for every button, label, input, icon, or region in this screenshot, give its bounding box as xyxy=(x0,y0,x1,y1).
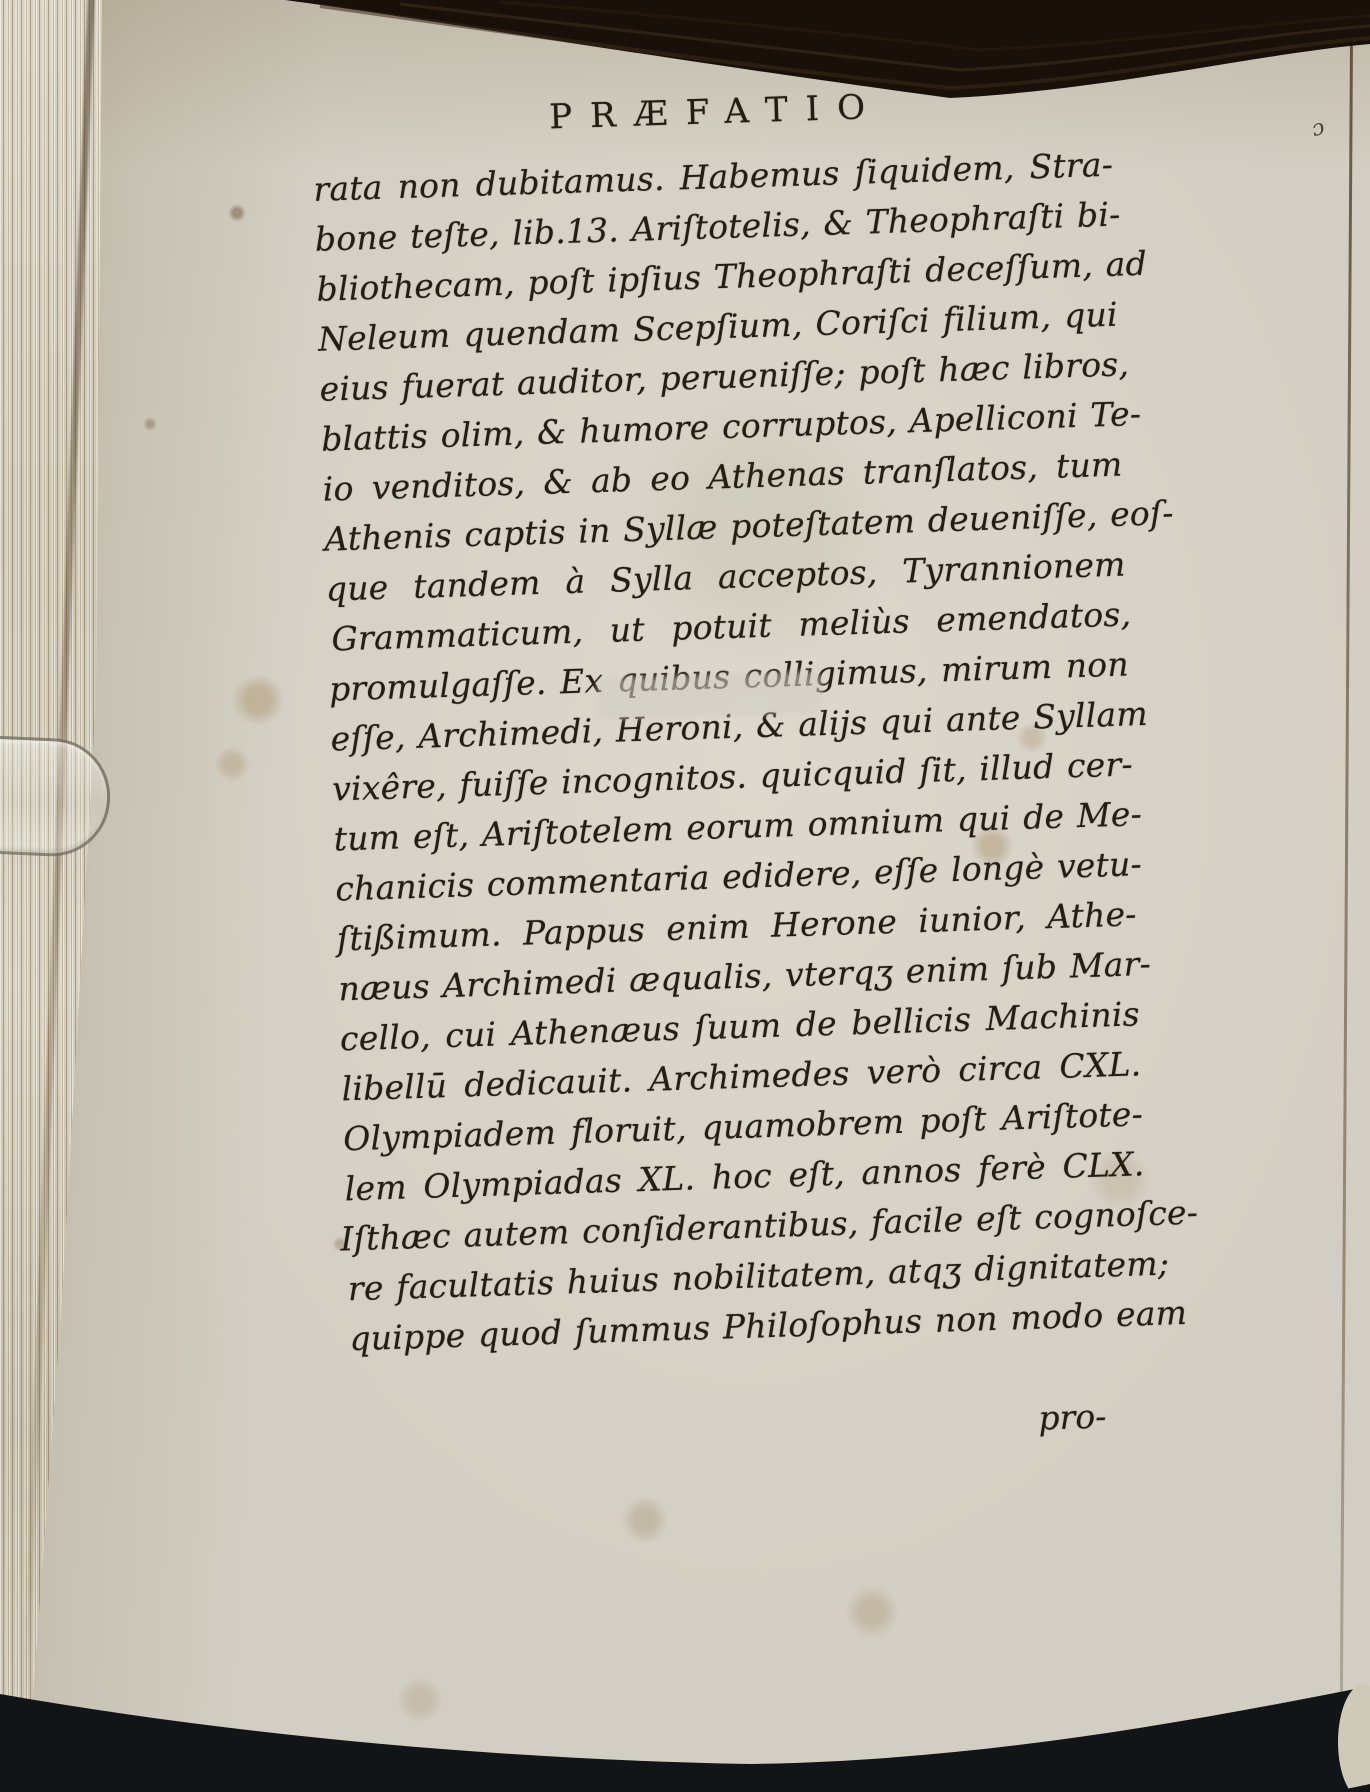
ink-smudge xyxy=(597,671,823,720)
bottom-shadow xyxy=(0,1664,1370,1792)
book-head-edge-shadow xyxy=(0,0,1370,150)
text-block: PRÆFATIO rata non dubitamus. Habemus ſiq… xyxy=(311,80,1153,1459)
book-photo: PRÆFATIO rata non dubitamus. Habemus ſiq… xyxy=(0,0,1370,1792)
